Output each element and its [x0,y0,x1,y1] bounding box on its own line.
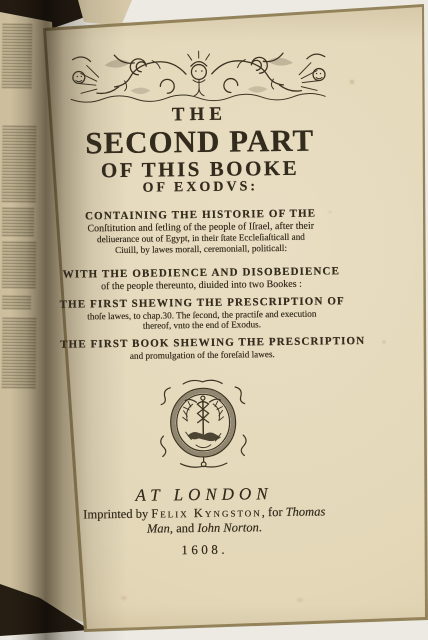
facing-page-text-block [2,318,37,388]
section-line: of the people thereunto, diuided into tw… [59,278,343,293]
facing-page-text-block [2,242,37,290]
imprint-connector: , for [262,505,286,519]
imprint-period: . [259,520,262,534]
imprint-prefix: Imprinted by [83,506,151,521]
publisher-name-thomas: Thomas [286,504,326,518]
section-first-shewing: THE FIRST SHEWING THE PRESCRIPTION OF th… [60,295,344,333]
publisher-name-man: Man, [147,521,173,535]
title-line-2: SECOND PART [58,124,342,160]
headpiece-ornament-icon [65,44,334,105]
printer-name: Felix Kyngston [151,505,262,520]
facing-page-text-block [2,126,37,204]
printed-content: THE SECOND PART OF THIS BOOKE OF EXODVS:… [56,0,347,559]
facing-page-text-block [2,296,31,309]
printer-device-emblem-icon [152,377,255,473]
facing-page-text-block [2,24,33,88]
facing-page-text-block [2,208,34,236]
book-photograph: THE SECOND PART OF THIS BOOKE OF EXODVS:… [0,0,428,640]
section-first-book: THE FIRST BOOK SHEWING THE PRESCRIPTION … [60,335,344,362]
section-obedience: WITH THE OBEDIENCE AND DISOBEDIENCE of t… [59,265,343,293]
section-containing: CONTAINING THE HISTORIE OF THE Conſtitut… [59,207,344,256]
imprint-and: and [173,521,197,535]
publisher-name-norton: Iohn Norton [197,520,259,535]
